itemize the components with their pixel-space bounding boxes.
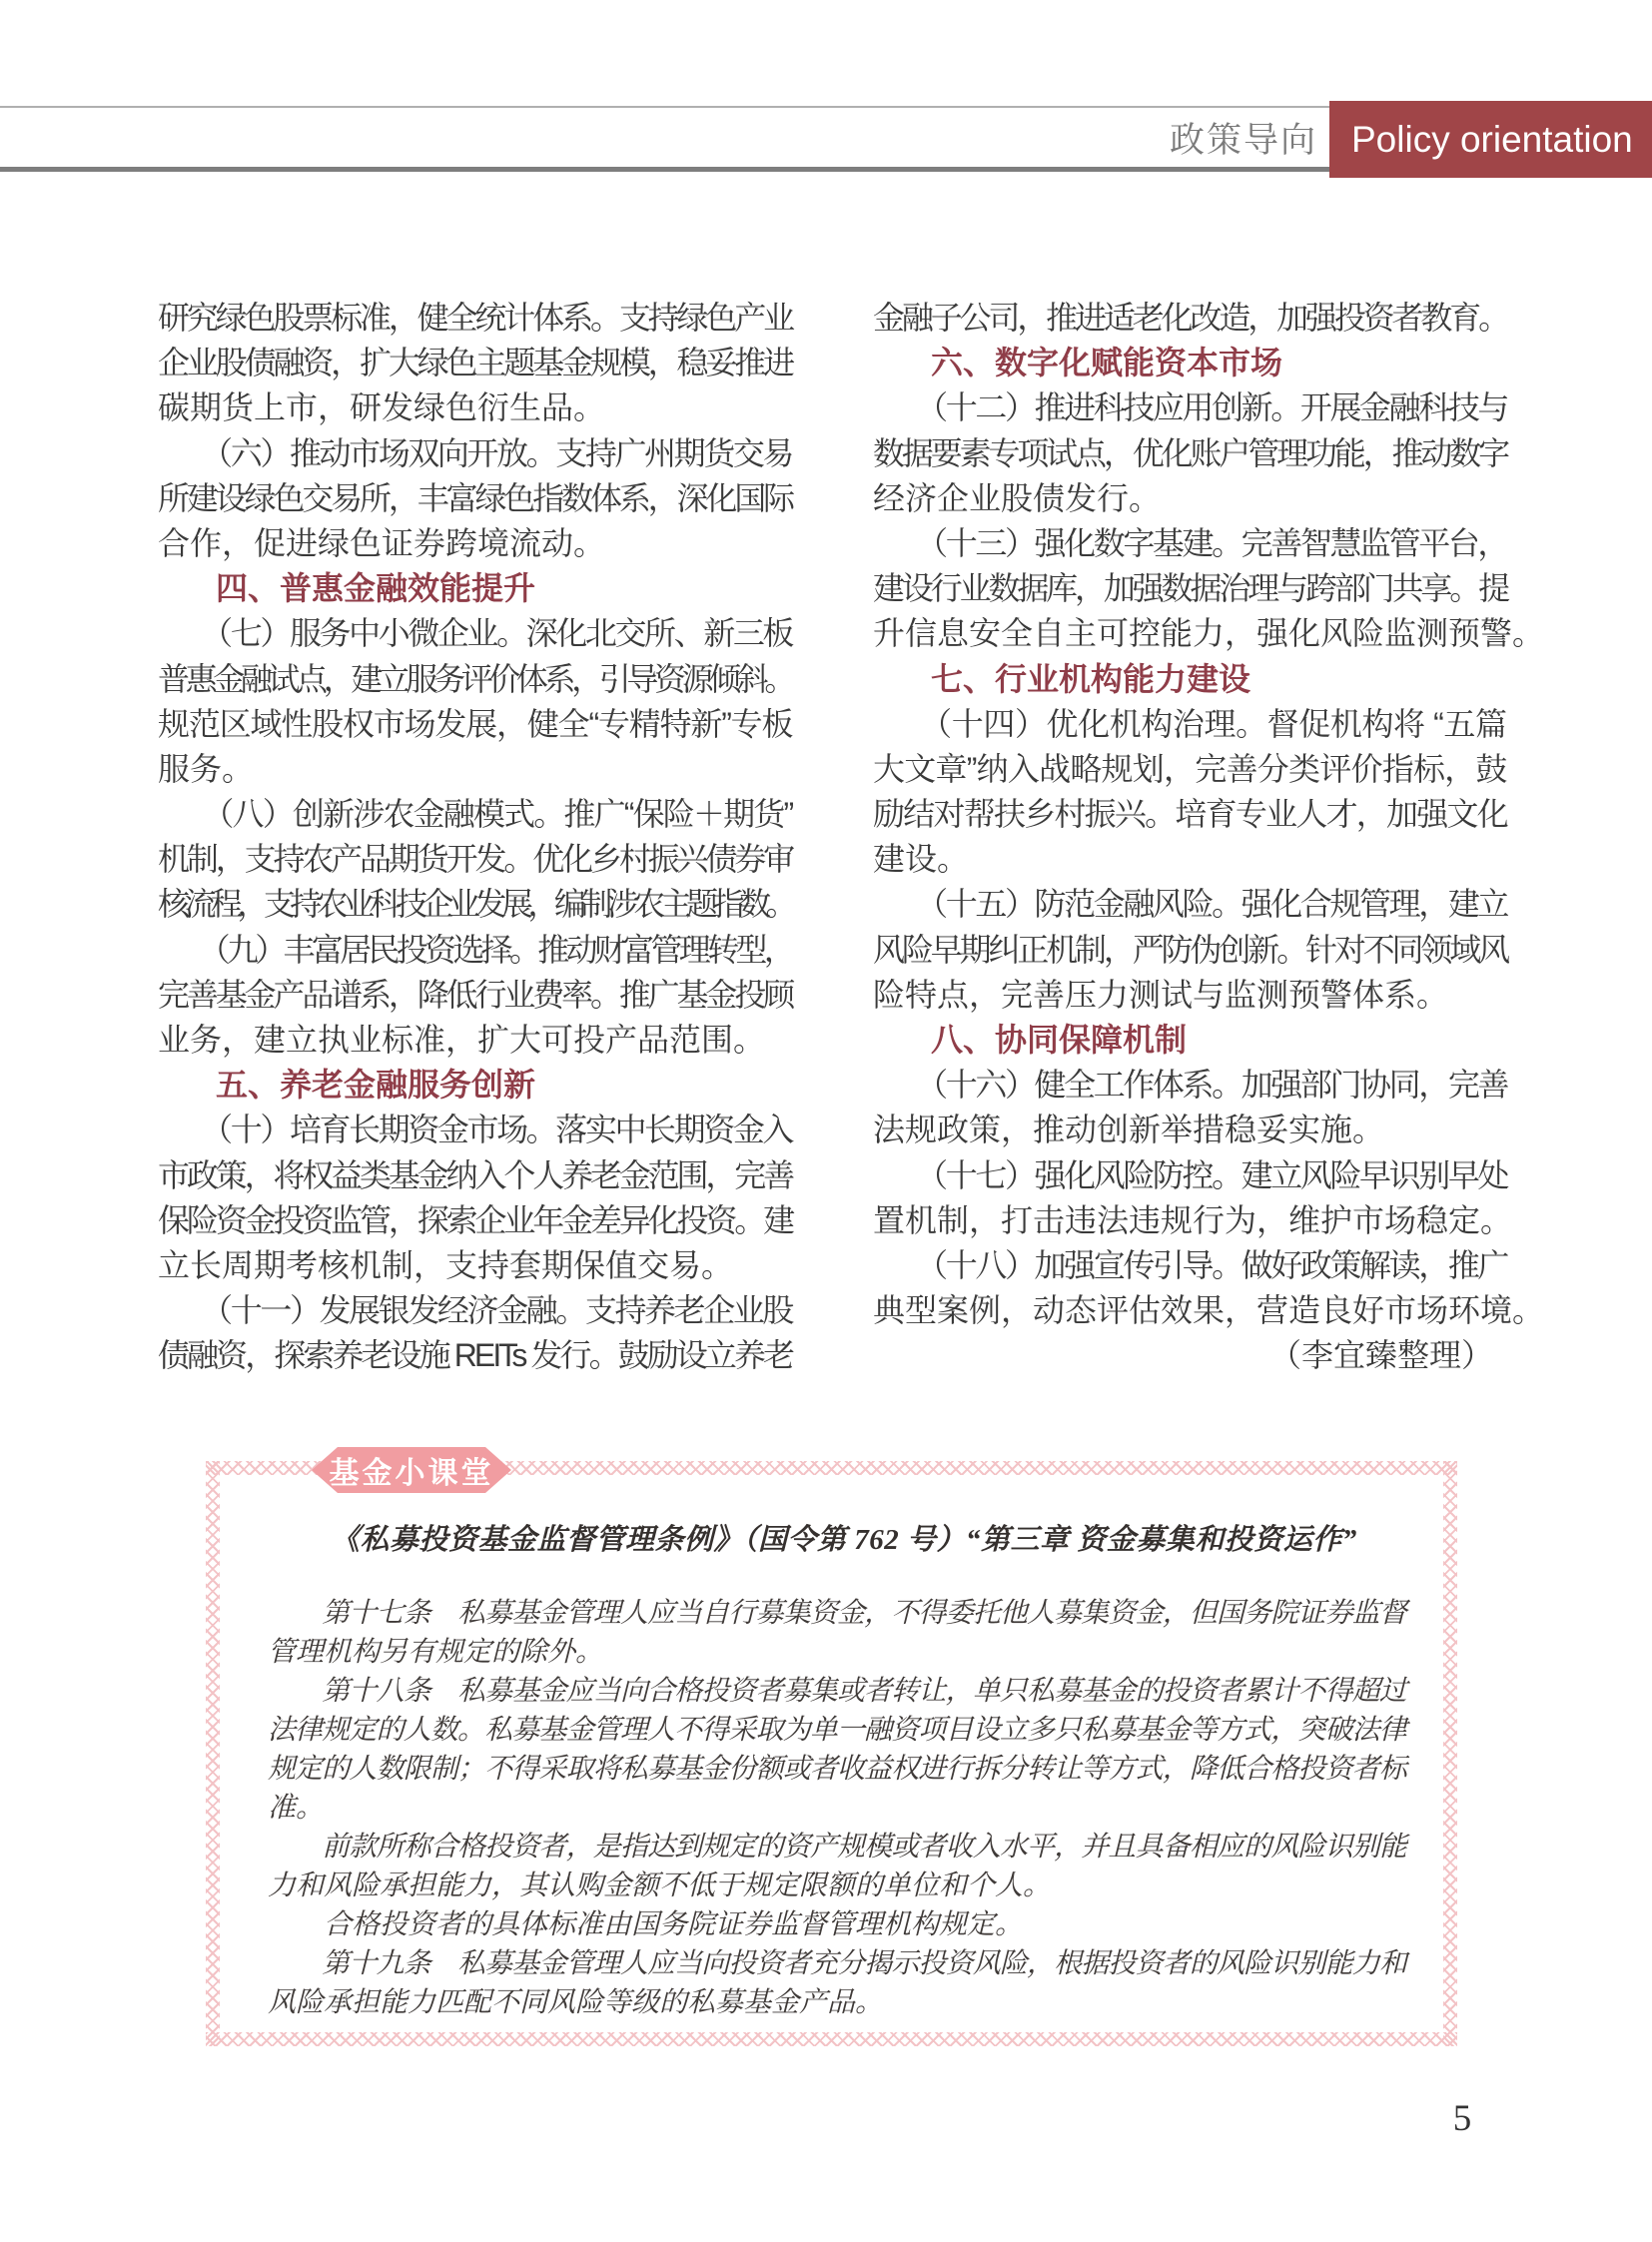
text-line: （李宜臻整理） [873,1333,1507,1378]
text-line: （十六）健全工作体系。加强部门协同，完善 [873,1063,1507,1108]
text-line: 立长周期考核机制，支持套期保值交易。 [158,1243,792,1288]
page-number: 5 [1438,2097,1486,2140]
text-line: （十二）推进科技应用创新。开展金融科技与 [873,385,1507,430]
text-line: （十一）发展银发经济金融。支持养老企业股 [158,1288,792,1333]
text-line: 法律规定的人数。私募基金管理人不得采取为单一融资项目设立多只私募基金等方式，突破… [268,1711,1406,1750]
text-line: 置机制，打击违法违规行为，维护市场稳定。 [873,1198,1507,1243]
text-line: 研究绿色股票标准，健全统计体系。支持绿色产业 [158,296,792,341]
section-heading: 四、普惠金融效能提升 [158,566,792,611]
text-line: 债融资，探索养老设施 REITs 发行。鼓励设立养老 [158,1333,792,1378]
text-line: 力和风险承担能力，其认购金额不低于规定限额的单位和个人。 [268,1867,1406,1905]
text-line: （十四）优化机构治理。督促机构将 “五篇 [873,702,1507,747]
text-line: （十三）强化数字基建。完善智慧监管平台， [873,521,1507,566]
section-title-box: Policy orientation [1329,101,1652,178]
text-line: 前款所称合格投资者，是指达到规定的资产规模或者收入水平，并且具备相应的风险识别能 [268,1828,1406,1867]
text-line: 险特点，完善压力测试与监测预警体系。 [873,973,1507,1018]
box-border-left [206,1461,220,2046]
text-line: （七）服务中小微企业。深化北交所、新三板 [158,611,792,656]
text-line: 风险承担能力匹配不同风险等级的私募基金产品。 [268,1983,1406,2022]
header-rule-thin [0,106,1329,108]
section-heading: 七、行业机构能力建设 [873,657,1507,702]
text-line: 合作，促进绿色证券跨境流动。 [158,521,792,566]
text-line: 业务，建立执业标准，扩大可投产品范围。 [158,1018,792,1063]
text-line: 风险早期纠正机制，严防伪创新。针对不同领域风 [873,928,1507,973]
text-line: 完善基金产品谱系，降低行业费率。推广基金投顾 [158,973,792,1018]
text-line: 数据要素专项试点，优化账户管理功能，推动数字 [873,431,1507,476]
text-line: 合格投资者的具体标准由国务院证券监督管理机构规定。 [268,1905,1406,1944]
text-line: 企业股债融资，扩大绿色主题基金规模，稳妥推进 [158,341,792,385]
text-line: 第十八条 私募基金应当向合格投资者募集或者转让，单只私募基金的投资者累计不得超过 [268,1672,1406,1711]
text-line: （十）培育长期资金市场。落实中长期资金入 [158,1108,792,1152]
text-line: 保险资金投资监管，探索企业年金差异化投资。建 [158,1198,792,1243]
magazine-page: 政策导向 Policy orientation 研究绿色股票标准，健全统计体系。… [0,0,1652,2242]
text-line: 核流程，支持农业科技企业发展，编制涉农主题指数。 [158,882,792,927]
text-line: （六）推动市场双向开放。支持广州期货交易 [158,431,792,476]
text-line: 管理机构另有规定的除外。 [268,1633,1406,1672]
text-line: 第十七条 私募基金管理人应当自行募集资金，不得委托他人募集资金，但国务院证券监督 [268,1594,1406,1633]
text-line: 第十九条 私募基金管理人应当向投资者充分揭示投资风险，根据投资者的风险识别能力和 [268,1944,1406,1983]
text-line: 普惠金融试点，建立服务评价体系，引导资源倾斜。 [158,657,792,702]
article-column-right: 金融子公司，推进适老化改造，加强投资者教育。六、数字化赋能资本市场 （十二）推进… [873,296,1507,1379]
section-title-en: Policy orientation [1351,119,1633,161]
text-line: 规定的人数限制；不得采取将私募基金份额或者收益权进行拆分转让等方式，降低合格投资… [268,1750,1406,1789]
text-line: （九）丰富居民投资选择。推动财富管理转型， [158,928,792,973]
text-line: 金融子公司，推进适老化改造，加强投资者教育。 [873,296,1507,341]
text-line: 服务。 [158,747,792,792]
text-line: 典型案例，动态评估效果，营造良好市场环境。 [873,1288,1507,1333]
text-line: 大文章”纳入战略规划，完善分类评价指标，鼓 [873,747,1507,792]
text-line: 机制，支持农产品期货开发。优化乡村振兴债券审 [158,837,792,882]
regulation-title: 《私募投资基金监督管理条例》（国令第 762 号）“第三章 资金募集和投资运作” [331,1517,1357,1558]
text-line: （十八）加强宣传引导。做好政策解读，推广 [873,1243,1507,1288]
fund-classroom-box: 基金小课堂 《私募投资基金监督管理条例》（国令第 762 号）“第三章 资金募集… [206,1461,1457,2046]
text-line: （十五）防范金融风险。强化合规管理，建立 [873,882,1507,927]
text-line: 建设。 [873,837,1507,882]
regulation-body: 第十七条 私募基金管理人应当自行募集资金，不得委托他人募集资金，但国务院证券监督… [268,1594,1406,2022]
text-line: 励结对帮扶乡村振兴。培育专业人才，加强文化 [873,792,1507,837]
box-border-right [1443,1461,1457,2046]
text-line: 法规政策，推动创新举措稳妥实施。 [873,1108,1507,1152]
text-line: 规范区域性股权市场发展，健全“专精特新”专板 [158,702,792,747]
text-line: 碳期货上市，研发绿色衍生品。 [158,385,792,430]
text-line: （十七）强化风险防控。建立风险早识别早处 [873,1153,1507,1198]
text-line: 经济企业股债发行。 [873,476,1507,521]
section-title-cn: 政策导向 [1170,119,1317,163]
classroom-badge: 基金小课堂 [312,1447,511,1493]
text-line: 所建设绿色交易所，丰富绿色指数体系，深化国际 [158,476,792,521]
header-rule-thick [0,167,1329,172]
section-heading: 五、养老金融服务创新 [158,1063,792,1108]
article-column-left: 研究绿色股票标准，健全统计体系。支持绿色产业企业股债融资，扩大绿色主题基金规模，… [158,296,792,1379]
box-border-bottom [206,2032,1457,2046]
text-line: （八）创新涉农金融模式。推广“保险＋期货” [158,792,792,837]
text-line: 准。 [268,1789,1406,1828]
text-line: 升信息安全自主可控能力，强化风险监测预警。 [873,611,1507,656]
text-line: 建设行业数据库，加强数据治理与跨部门共享。提 [873,566,1507,611]
section-heading: 六、数字化赋能资本市场 [873,341,1507,385]
text-line: 市政策，将权益类基金纳入个人养老金范围，完善 [158,1153,792,1198]
section-heading: 八、协同保障机制 [873,1018,1507,1063]
